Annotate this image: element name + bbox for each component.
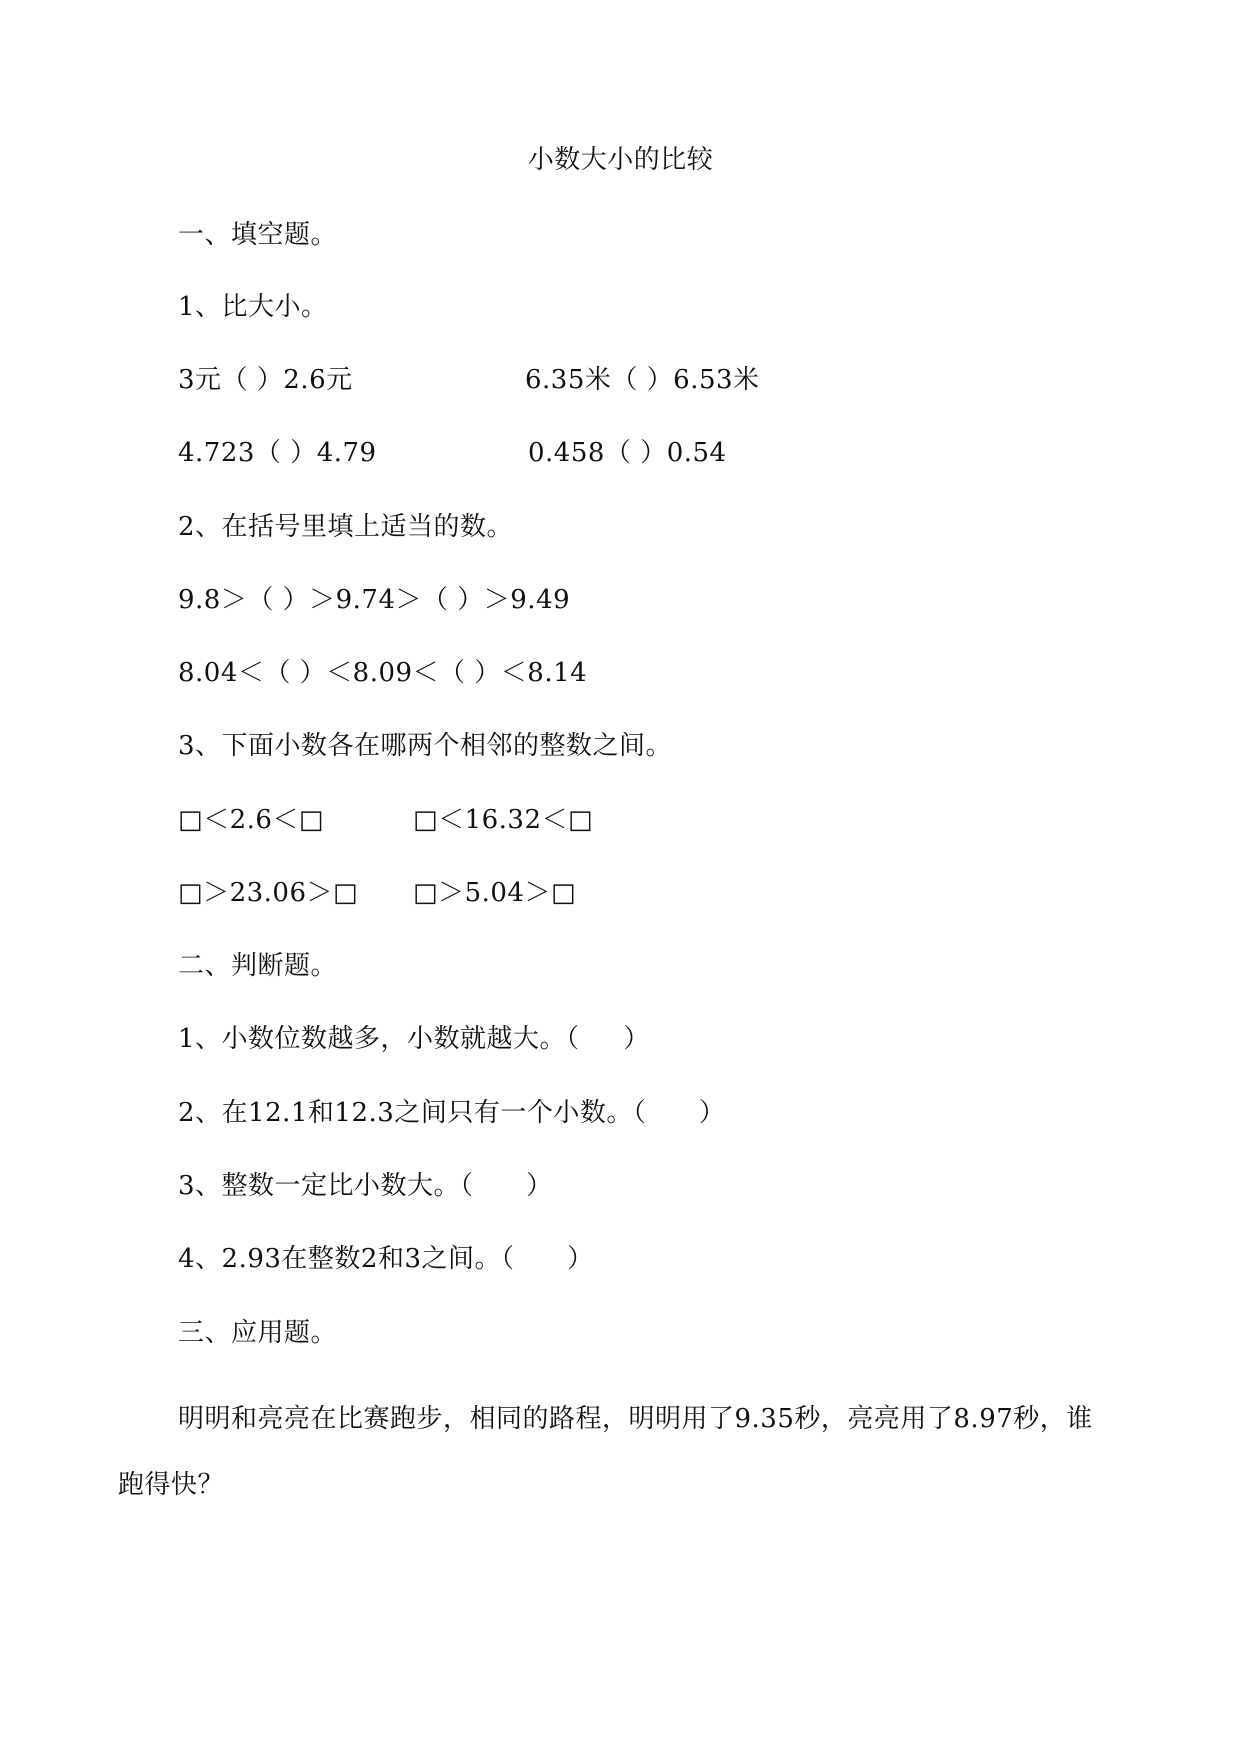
q2-label: 2、在括号里填上适当的数。 bbox=[178, 510, 513, 544]
q3-item-2: □＜16.32＜□ bbox=[413, 803, 593, 837]
q1-item-4: 0.458（ ）0.54 bbox=[528, 436, 727, 470]
q3-item-4: □＞5.04＞□ bbox=[413, 876, 576, 910]
q1-item-1: 3元（ ）2.6元 bbox=[178, 363, 353, 397]
q3-item-3: □＞23.06＞□ bbox=[178, 876, 358, 910]
section3-heading: 三、应用题。 bbox=[178, 1316, 337, 1350]
judge-item-3: 3、整数一定比小数大。（ ） bbox=[178, 1169, 553, 1203]
judge-item-4: 4、2.93在整数2和3之间。（ ） bbox=[178, 1242, 594, 1276]
q3-item-1: □＜2.6＜□ bbox=[178, 803, 324, 837]
judge-item-1: 1、小数位数越多，小数就越大。（ ） bbox=[178, 1022, 650, 1056]
word-problem: 明明和亮亮在比赛跑步，相同的路程，明明用了9.35秒，亮亮用了8.97秒，谁跑得… bbox=[118, 1386, 1118, 1518]
judge-item-2: 2、在12.1和12.3之间只有一个小数。（ ） bbox=[178, 1096, 725, 1130]
q3-label: 3、下面小数各在哪两个相邻的整数之间。 bbox=[178, 729, 672, 763]
section1-heading: 一、填空题。 bbox=[178, 218, 337, 252]
page-title: 小数大小的比较 bbox=[0, 143, 1241, 177]
q1-item-2: 6.35米（ ）6.53米 bbox=[525, 363, 760, 397]
q2-item-2: 8.04＜（ ）＜8.09＜（ ）＜8.14 bbox=[178, 656, 587, 690]
q1-label: 1、比大小。 bbox=[178, 290, 328, 324]
q1-item-3: 4.723（ ）4.79 bbox=[178, 436, 377, 470]
section2-heading: 二、判断题。 bbox=[178, 949, 337, 983]
q2-item-1: 9.8＞（ ）＞9.74＞（ ）＞9.49 bbox=[178, 583, 570, 617]
